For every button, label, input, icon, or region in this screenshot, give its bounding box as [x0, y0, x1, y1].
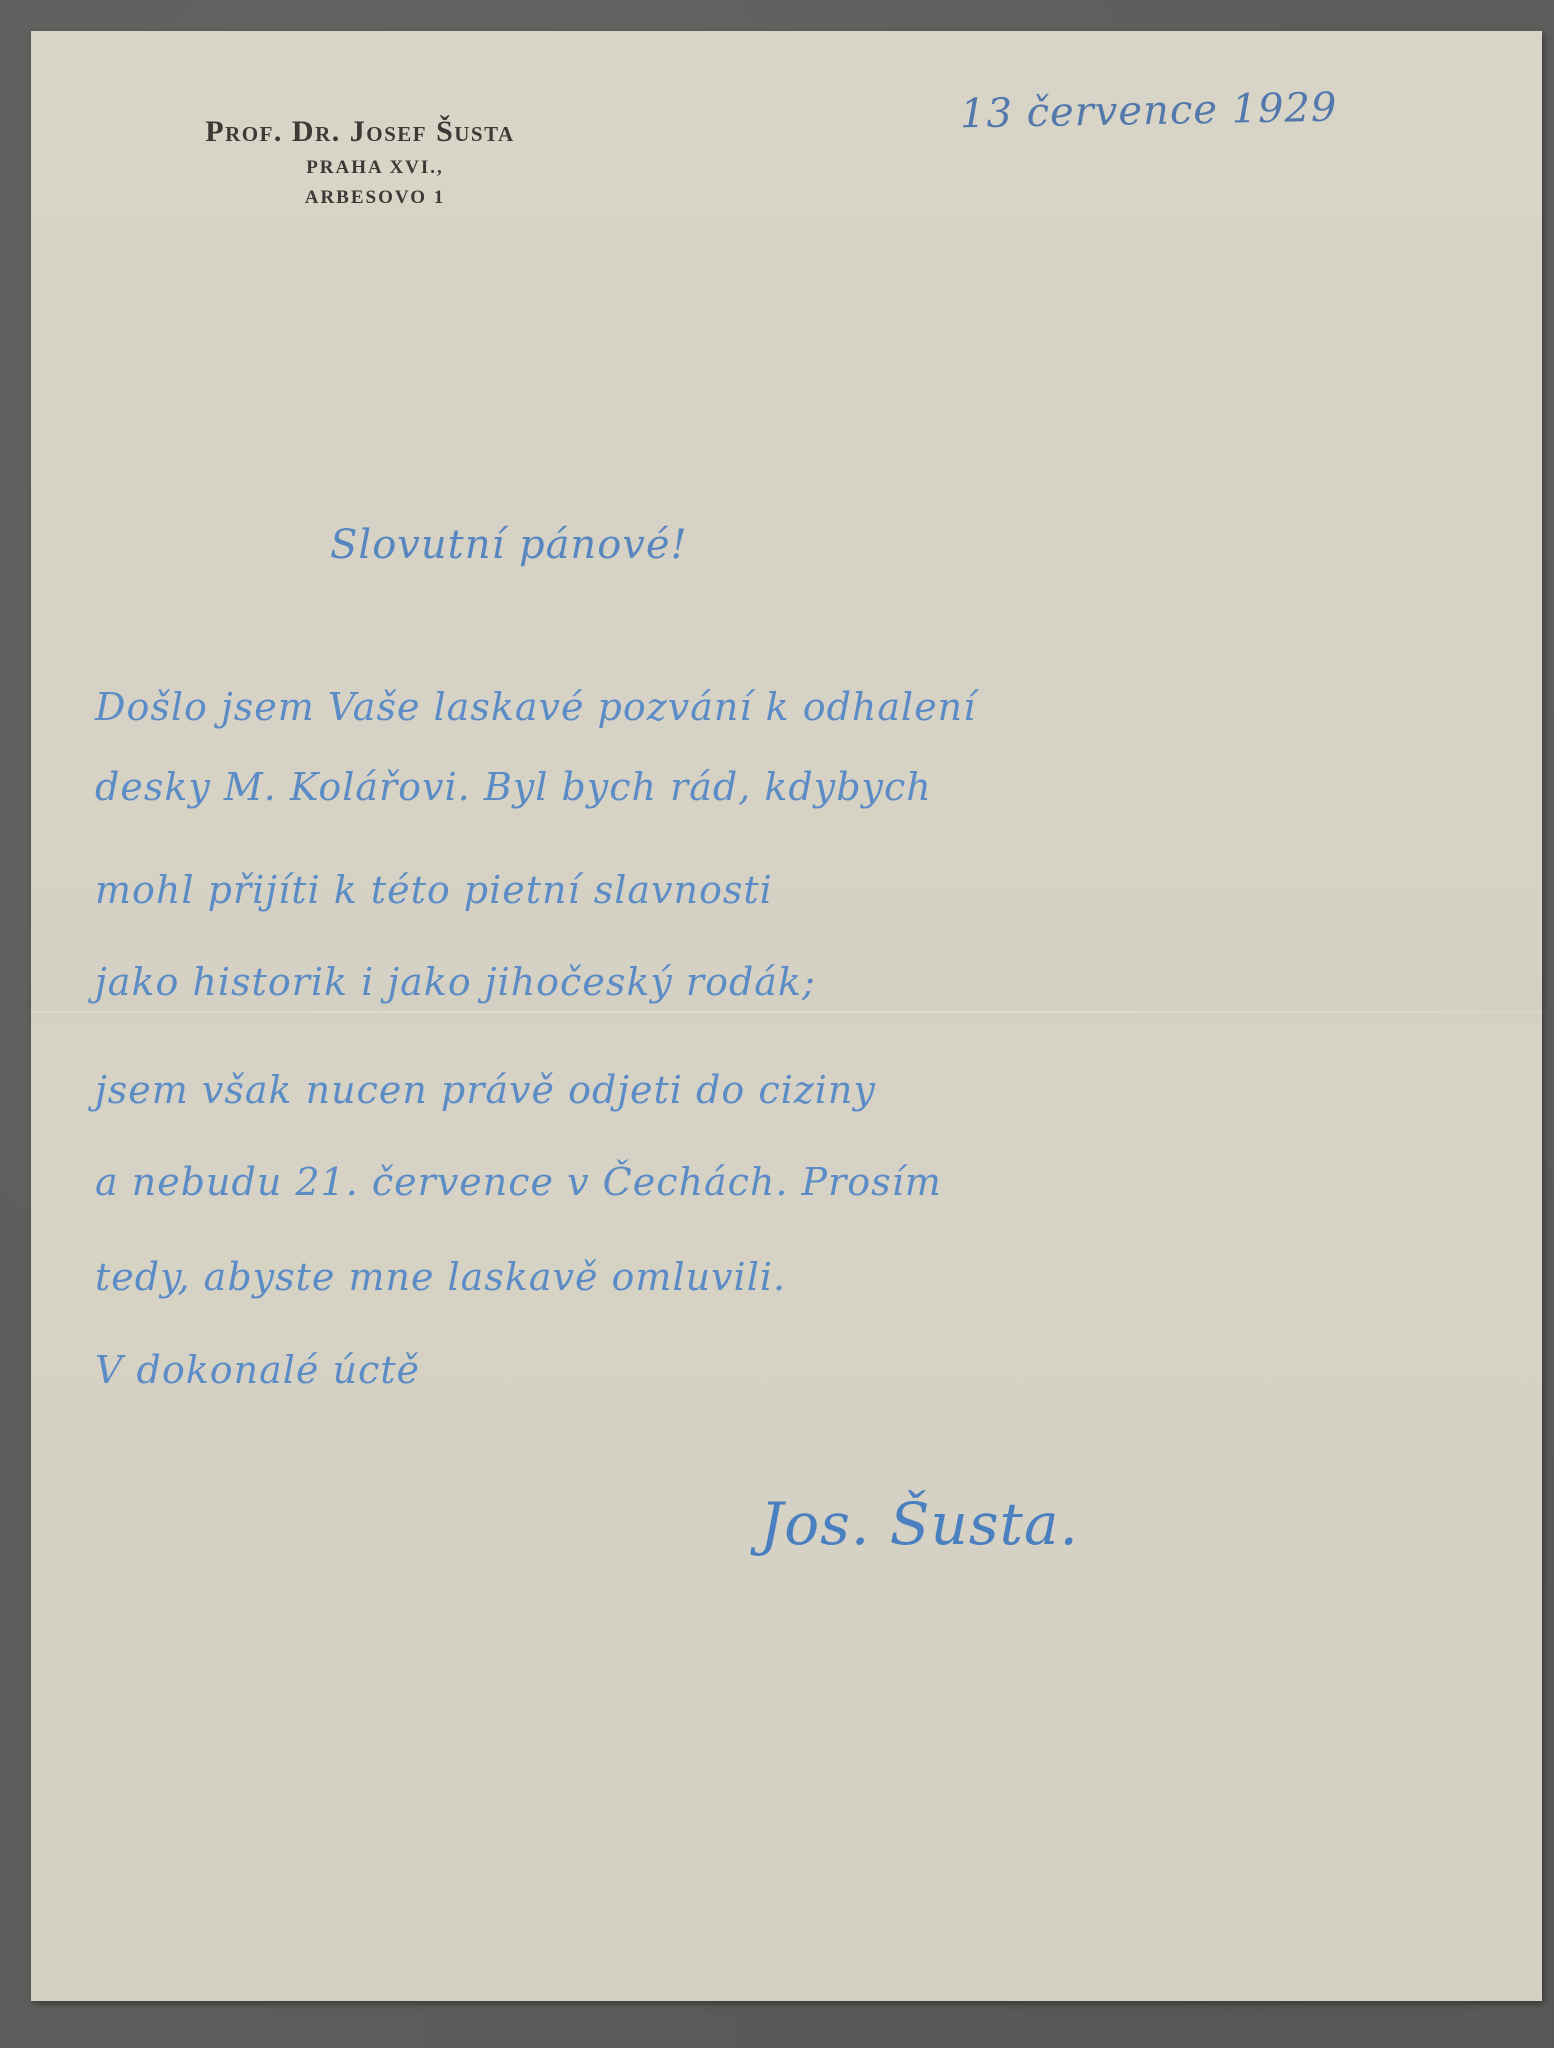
- letter-date: 13 července 1929: [960, 85, 1338, 138]
- letterhead-address-city: PRAHA XVI.,: [110, 157, 610, 179]
- body-line: jako historik i jako jihočeský rodák;: [95, 960, 816, 1004]
- body-line: desky M. Kolářovi. Byl bych rád, kdybych: [95, 765, 932, 809]
- body-line: a nebudu 21. července v Čechách. Prosím: [95, 1160, 942, 1204]
- fold-crease: [31, 1011, 1542, 1013]
- body-line: mohl přijíti k této pietní slavnosti: [95, 868, 773, 912]
- letterhead-address-street: ARBESOVO 1: [110, 187, 610, 209]
- letter-sheet: [31, 31, 1542, 2001]
- body-line: tedy, abyste mne laskavě omluvili.: [95, 1255, 786, 1299]
- body-line: jsem však nucen právě odjeti do ciziny: [95, 1068, 876, 1112]
- salutation: Slovutní pánové!: [330, 522, 688, 568]
- letterhead-name: Prof. Dr. Josef Šusta: [110, 115, 610, 149]
- closing-line: V dokonalé úctě: [95, 1348, 420, 1392]
- body-line: Došlo jsem Vaše laskavé pozvání k odhale…: [95, 685, 976, 729]
- letterhead: Prof. Dr. Josef Šusta PRAHA XVI., ARBESO…: [110, 115, 610, 209]
- signature: Jos. Šusta.: [760, 1490, 1079, 1558]
